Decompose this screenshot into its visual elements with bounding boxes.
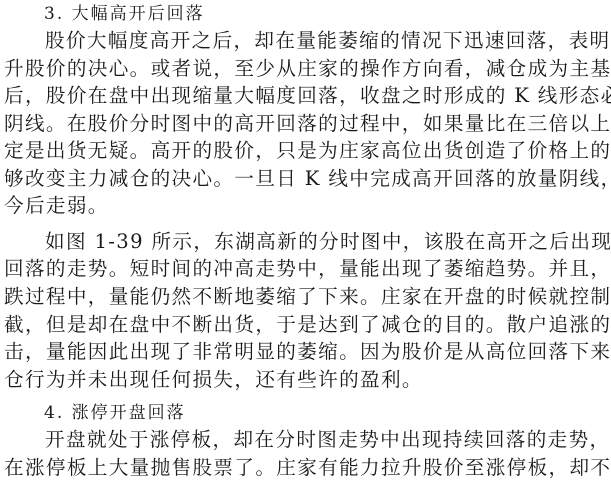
paragraph-line: 仓行为并未出现任何损失，还有些许的盈利。 <box>4 367 423 393</box>
paragraph-line: 在涨停板上大量抛售股票了。庄家有能力拉升股价至涨停板，却不能够维持股价 <box>4 455 611 481</box>
section-heading-3: 3. 大幅高开后回落 <box>44 1 205 27</box>
paragraph-line: 开盘就处于涨停板，却在分时图走势中出现持续回落的走势，表明庄家已经 <box>45 427 611 453</box>
paragraph-line: 回落的走势。短时间的冲高走势中，量能出现了萎缩趋势。并且，在之后股价下 <box>4 256 611 282</box>
paragraph-line: 定是出货无疑。高开的股价，只是为庄家高位出货创造了价格上的条件，并不能 <box>4 138 611 164</box>
paragraph-line: 击，量能因此出现了非常明显的萎缩。因为股价是从高位回落下来的，庄家的减 <box>4 339 611 365</box>
paragraph-line: 够改变主力减仓的决心。一旦日 K 线中完成高开回落的放量阴线，股价自然会在 <box>4 166 611 192</box>
paragraph-line: 阴线。在股价分时图中的高开回落的过程中，如果量比在三倍以上，表明主力肯 <box>4 111 611 137</box>
paragraph-line: 今后走弱。 <box>4 193 109 219</box>
paragraph-line: 如图 1-39 所示，东湖高新的分时图中，该股在高开之后出现了明显的冲高 <box>45 229 611 255</box>
paragraph-line: 跌过程中，量能仍然不断地萎缩了下来。庄家在开盘的时候就控制该股高开一大 <box>4 284 611 310</box>
document-page: 3. 大幅高开后回落 股价大幅度高开之后，却在量能萎缩的情况下迅速回落，表明庄家… <box>0 0 611 488</box>
paragraph-line: 后，股价在盘中出现缩量大幅度回落，收盘之时形成的 K 线形态必然是难看的中 <box>4 83 611 109</box>
paragraph-line: 升股价的决心。或者说，至少从庄家的操作方向看，减仓成为主基调。高开之 <box>4 56 611 82</box>
section-heading-4: 4. 涨停开盘回落 <box>44 400 186 426</box>
paragraph-line: 股价大幅度高开之后，却在量能萎缩的情况下迅速回落，表明庄家并没有拉 <box>45 28 611 54</box>
paragraph-line: 截，但是却在盘中不断出货，于是达到了减仓的目的。散户追涨的热情备受打 <box>4 312 611 338</box>
